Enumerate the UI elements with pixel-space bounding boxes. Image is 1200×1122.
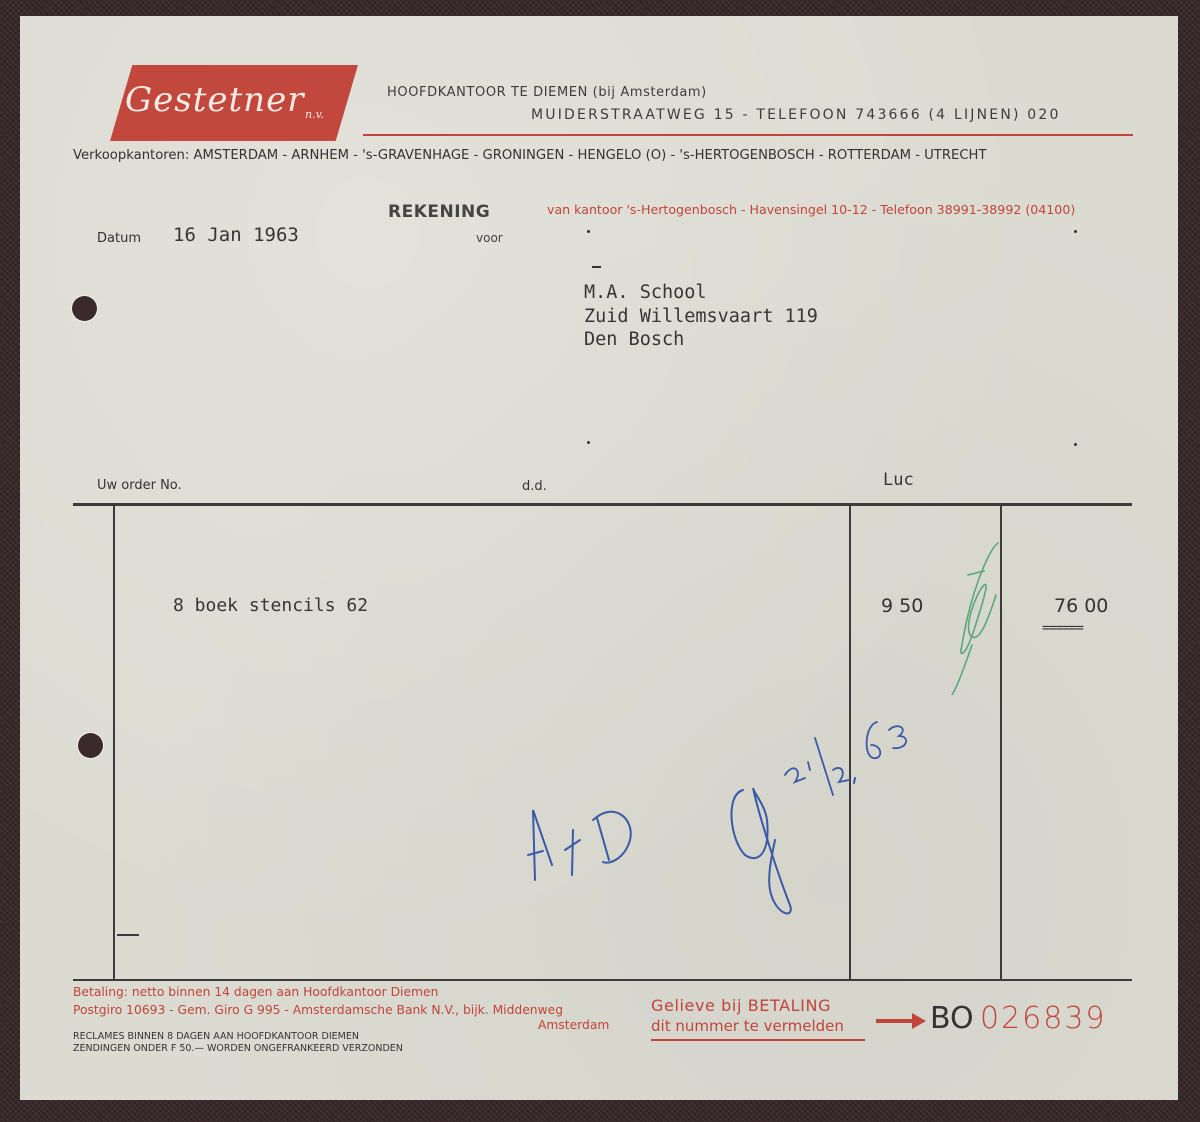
arrow-right-icon xyxy=(876,1019,914,1023)
line-item-unit-price: 9 50 xyxy=(881,595,923,617)
recipient-city: Den Bosch xyxy=(584,329,684,350)
arrow-right-icon-head xyxy=(912,1013,926,1029)
order-number-label: Uw order No. xyxy=(97,478,182,493)
table-column-divider xyxy=(113,505,115,980)
reference-number: 026839 xyxy=(980,1001,1107,1036)
handwritten-paraph-and-date xyxy=(715,700,915,930)
shipping-notice: ZENDINGEN ONDER F 50.— WORDEN ONGEFRANKE… xyxy=(73,1043,403,1054)
hq-address-line1: HOOFDKANTOOR TE DIEMEN (bij Amsterdam) xyxy=(387,85,707,100)
payment-accounts: Postgiro 10693 - Gem. Giro G 995 - Amste… xyxy=(73,1003,563,1017)
punch-hole-bottom xyxy=(78,733,103,758)
sales-offices: Verkoopkantoren: AMSTERDAM - ARNHEM - 's… xyxy=(73,148,987,163)
recipient-name: M.A. School xyxy=(584,282,707,303)
line-item-amount: 76 00 xyxy=(1054,595,1108,617)
clerk-initials: Luc xyxy=(883,470,914,490)
payment-terms: Betaling: netto binnen 14 dagen aan Hoof… xyxy=(73,985,438,999)
reference-prompt-underline xyxy=(651,1039,865,1041)
invoice-title: REKENING xyxy=(388,202,490,222)
datum-label: Datum xyxy=(97,231,141,246)
address-corner-mark xyxy=(1074,230,1077,233)
recipient-street: Zuid Willemsvaart 119 xyxy=(584,306,818,327)
voor-label: voor xyxy=(476,231,503,245)
green-check-mark-icon xyxy=(940,535,1010,695)
datum-value: 16 Jan 1963 xyxy=(173,224,299,246)
payment-city: Amsterdam xyxy=(538,1018,609,1032)
order-date-label: d.d. xyxy=(522,479,547,494)
table-bottom-rule xyxy=(73,979,1132,981)
address-corner-mark xyxy=(587,230,590,233)
hq-address-line2: MUIDERSTRAATWEG 15 - TELEFOON 743666 (4 … xyxy=(531,107,1061,123)
line-item-description: 8 boek stencils 62 xyxy=(173,595,368,616)
handwritten-initials xyxy=(525,780,645,890)
logo-suffix: n.v. xyxy=(305,108,324,121)
reference-prefix: BO xyxy=(930,1001,974,1036)
logo-text: Gestetner xyxy=(125,80,304,120)
total-double-underline: ====== xyxy=(1042,621,1083,636)
reference-prompt-line1: Gelieve bij BETALING xyxy=(651,996,831,1015)
table-top-rule xyxy=(73,503,1132,506)
typed-dash xyxy=(592,266,601,268)
letterhead-rule xyxy=(363,134,1133,136)
address-corner-mark xyxy=(587,441,590,444)
claims-notice: RECLAMES BINNEN 8 DAGEN AAN HOOFDKANTOOR… xyxy=(73,1031,359,1042)
punch-hole-top xyxy=(72,296,97,321)
table-tick-mark xyxy=(117,934,139,936)
branch-office-line: van kantoor 's-Hertogenbosch - Havensing… xyxy=(547,202,1075,217)
reference-prompt-line2: dit nummer te vermelden xyxy=(651,1017,844,1035)
address-corner-mark xyxy=(1074,443,1077,446)
